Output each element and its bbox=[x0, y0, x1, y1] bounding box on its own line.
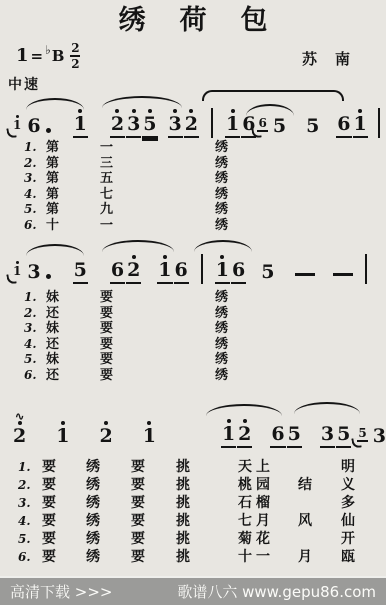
slur-arc bbox=[102, 96, 182, 108]
note: 5 bbox=[272, 117, 287, 138]
note: 2 bbox=[126, 255, 141, 284]
lyric-cell: 一 bbox=[100, 140, 215, 156]
note-digit: 1 bbox=[221, 425, 236, 448]
lyric-row: 1.要绣要挑天上明 bbox=[0, 458, 386, 476]
region-label: 苏南 bbox=[302, 48, 368, 69]
lyric-row: 3.第五绣 bbox=[0, 171, 386, 187]
note-stack: 6 bbox=[110, 261, 125, 284]
note-stack: 1 bbox=[221, 419, 236, 448]
lyric-cell: 绣 bbox=[215, 156, 386, 172]
note-stack: 1 bbox=[55, 421, 70, 448]
slur-arc bbox=[26, 98, 84, 110]
lyric-cell: 要 bbox=[42, 476, 86, 494]
lyric-cell: 第 bbox=[46, 187, 100, 203]
verse-number: 5. bbox=[18, 530, 42, 548]
note-stack: 5 bbox=[260, 263, 275, 284]
note: 5 bbox=[260, 263, 275, 284]
note-digit: 5 bbox=[357, 427, 367, 442]
lyric-cell: 绣 bbox=[215, 187, 386, 203]
note-stack: 3 bbox=[320, 425, 335, 448]
grace-note: 1 bbox=[12, 261, 22, 278]
lyric-cell: 仙 bbox=[341, 512, 386, 530]
note: 6 bbox=[26, 117, 50, 138]
note-digit: 1 bbox=[157, 261, 172, 284]
note: 1 bbox=[55, 421, 70, 448]
key-signature: 1 = ♭ B 2 2 bbox=[16, 42, 80, 70]
music-line-1: 161235321665561 bbox=[0, 88, 386, 138]
note: ∿2 bbox=[12, 412, 27, 448]
note-digit: 6 bbox=[270, 425, 285, 448]
sheet-music-page: 绣 荷 包 1 = ♭ B 2 2 苏南 中速 161235321665561 … bbox=[0, 0, 386, 605]
note: 6 bbox=[336, 115, 351, 138]
slur-arc bbox=[26, 244, 84, 256]
lyric-cell: 要 bbox=[100, 337, 215, 353]
verse-number: 5. bbox=[24, 202, 46, 218]
note-digit: 2 bbox=[126, 261, 141, 284]
lyric-cell: 要 bbox=[131, 530, 176, 548]
lyric-cell: 九 bbox=[100, 202, 215, 218]
equals-sign: = bbox=[31, 47, 44, 65]
lyric-cell: 风 bbox=[298, 512, 341, 530]
lyric-cell bbox=[298, 530, 341, 548]
lyric-row: 1.妹要绣 bbox=[0, 290, 386, 306]
note: 5 bbox=[305, 117, 320, 138]
note-stack: ∿2 bbox=[12, 412, 27, 448]
verse-number: 1. bbox=[24, 140, 46, 156]
note: 6 bbox=[231, 261, 246, 284]
note-digit: 2 bbox=[98, 427, 113, 448]
verse-number: 2. bbox=[24, 156, 46, 172]
note: 1 bbox=[73, 109, 88, 138]
lyric-cell: 五 bbox=[100, 171, 215, 187]
note-stack: 5 bbox=[73, 261, 88, 284]
music-line-3: ∿212112653553 bbox=[0, 398, 386, 448]
note-digit: 6 bbox=[257, 117, 267, 132]
verse-number: 3. bbox=[24, 321, 46, 337]
lyric-row: 5.妹要绣 bbox=[0, 352, 386, 368]
verse-number: 5. bbox=[24, 352, 46, 368]
note-digit: 1 bbox=[225, 115, 240, 138]
lyric-cell: 要 bbox=[100, 352, 215, 368]
lyric-cell: 绣 bbox=[215, 306, 386, 322]
note-digit: 2 bbox=[12, 427, 27, 448]
note-stack: 1 bbox=[12, 115, 22, 132]
note-digit: 1 bbox=[142, 427, 157, 448]
dash-note bbox=[333, 273, 353, 276]
lyric-cell: 要 bbox=[100, 368, 215, 384]
note-stack: 3 bbox=[372, 427, 386, 448]
lyric-cell: 要 bbox=[42, 512, 86, 530]
lyric-cell: 绣 bbox=[215, 140, 386, 156]
lyric-cell: 要 bbox=[100, 321, 215, 337]
lyric-cell: 多 bbox=[341, 494, 386, 512]
note-digit: 1 bbox=[353, 115, 368, 138]
note: 2 bbox=[237, 419, 252, 448]
note-stack: 2 bbox=[237, 419, 252, 448]
verse-number: 3. bbox=[24, 171, 46, 187]
lyric-cell: 还 bbox=[46, 337, 100, 353]
note-stack: 1 bbox=[12, 261, 22, 278]
grace-note: 6 bbox=[257, 117, 267, 132]
lyric-cell: 绣 bbox=[215, 337, 386, 353]
title-char: 包 bbox=[241, 6, 268, 36]
time-signature: 2 2 bbox=[70, 42, 80, 70]
note-stack: 5 bbox=[272, 117, 287, 138]
note-stack: 1 bbox=[353, 109, 368, 138]
lyric-row: 3.妹要绣 bbox=[0, 321, 386, 337]
note-digit: 1 bbox=[215, 261, 230, 284]
download-link[interactable]: 高清下载 >>> bbox=[10, 581, 112, 602]
note-digit: 6 bbox=[26, 117, 41, 138]
lyric-cell: 瓯 bbox=[341, 548, 386, 566]
lyric-row: 2.第三绣 bbox=[0, 156, 386, 172]
lyric-cell: 绣 bbox=[86, 458, 131, 476]
note-stack: 2 bbox=[98, 421, 113, 448]
grace-note: 1 bbox=[12, 115, 22, 132]
note-digit: 3 bbox=[320, 425, 335, 448]
lyric-row: 4.还要绣 bbox=[0, 337, 386, 353]
lyric-cell: 十一 bbox=[238, 548, 298, 566]
lyric-cell: 绣 bbox=[86, 548, 131, 566]
lyrics-block-3: 1.要绣要挑天上明2.要绣要挑桃园结义3.要绣要挑石榴多4.要绣要挑七月风仙5.… bbox=[0, 458, 386, 566]
note: 6 bbox=[174, 261, 189, 284]
lyric-cell: 还 bbox=[46, 306, 100, 322]
verse-number: 6. bbox=[18, 548, 42, 566]
lyric-cell: 妹 bbox=[46, 321, 100, 337]
note-stack: 6 bbox=[257, 117, 267, 132]
lyric-cell: 义 bbox=[341, 476, 386, 494]
note: 1 bbox=[215, 255, 230, 284]
lyric-row: 6.要绣要挑十一月瓯 bbox=[0, 548, 386, 566]
lyric-cell: 第 bbox=[46, 171, 100, 187]
note-stack: 5 bbox=[287, 425, 302, 448]
note-stack: 5 bbox=[142, 109, 157, 138]
title-char: 荷 bbox=[180, 6, 207, 36]
note-stack: 3 bbox=[168, 109, 183, 138]
footer-bar: 高清下载 >>> 歌谱八六 www.gepu86.com bbox=[0, 576, 386, 605]
lyric-row: 5.要绣要挑菊花开 bbox=[0, 530, 386, 548]
lyric-cell: 绣 bbox=[215, 321, 386, 337]
note-digit: 1 bbox=[55, 427, 70, 448]
note-stack: 1 bbox=[73, 109, 88, 138]
note: 6 bbox=[270, 425, 285, 448]
lyric-cell: 绣 bbox=[215, 171, 386, 187]
note-digit: 3 bbox=[26, 263, 41, 284]
note-stack: 5 bbox=[357, 427, 367, 442]
lyric-cell: 要 bbox=[42, 530, 86, 548]
note: 5 bbox=[142, 109, 157, 138]
lyric-cell: 挑 bbox=[176, 494, 238, 512]
lyric-cell: 绣 bbox=[86, 494, 131, 512]
note-stack: 1 bbox=[225, 109, 240, 138]
lyric-cell: 挑 bbox=[176, 512, 238, 530]
lyric-cell: 七月 bbox=[238, 512, 298, 530]
note-stack: 3 bbox=[126, 109, 141, 138]
note-digit: 2 bbox=[184, 115, 199, 138]
verse-number: 6. bbox=[24, 218, 46, 234]
verse-number: 4. bbox=[24, 187, 46, 203]
note: 2 bbox=[98, 421, 113, 448]
lyric-cell: 挑 bbox=[176, 530, 238, 548]
note: 3 bbox=[168, 109, 183, 138]
verse-number: 6. bbox=[24, 368, 46, 384]
note: 1 bbox=[221, 419, 236, 448]
lyric-cell: 妹 bbox=[46, 290, 100, 306]
title-char: 绣 bbox=[119, 6, 146, 36]
note-digit: 1 bbox=[12, 265, 22, 278]
note-stack: 1 bbox=[215, 255, 230, 284]
note-stack: 2 bbox=[184, 109, 199, 138]
lyric-cell: 要 bbox=[131, 476, 176, 494]
note-stack: 5 bbox=[305, 117, 320, 138]
note-digit: 3 bbox=[372, 427, 386, 448]
duration-dot bbox=[46, 128, 51, 133]
verse-number: 2. bbox=[18, 476, 42, 494]
lyric-cell: 绣 bbox=[215, 202, 386, 218]
note-stack: 6 bbox=[270, 425, 285, 448]
lyric-cell: 要 bbox=[100, 290, 215, 306]
note: 6 bbox=[110, 261, 125, 284]
lyric-cell: 绣 bbox=[215, 368, 386, 384]
note-digit: 6 bbox=[231, 261, 246, 284]
note: 3 bbox=[372, 427, 386, 448]
note: 1 bbox=[353, 109, 368, 138]
lyric-cell: 明 bbox=[341, 458, 386, 476]
lyric-row: 6.还要绣 bbox=[0, 368, 386, 384]
lyric-cell: 要 bbox=[42, 548, 86, 566]
lyric-cell: 挑 bbox=[176, 476, 238, 494]
note-stack: 6 bbox=[26, 117, 41, 138]
slur-arc bbox=[194, 240, 252, 252]
note-stack: 2 bbox=[110, 109, 125, 138]
note-stack: 1 bbox=[157, 255, 172, 284]
lyric-cell: 绣 bbox=[215, 290, 386, 306]
lyric-cell: 要 bbox=[131, 494, 176, 512]
note: 3 bbox=[320, 425, 335, 448]
time-top: 2 bbox=[71, 42, 79, 54]
lyric-cell: 要 bbox=[42, 494, 86, 512]
lyric-cell: 挑 bbox=[176, 458, 238, 476]
lyric-cell: 要 bbox=[131, 548, 176, 566]
note-digit: 6 bbox=[110, 261, 125, 284]
note-stack: 1 bbox=[142, 421, 157, 448]
lyric-cell: 绣 bbox=[215, 218, 386, 234]
note: 5 bbox=[73, 261, 88, 284]
note-stack: 6 bbox=[336, 115, 351, 138]
song-title: 绣 荷 包 bbox=[0, 6, 386, 36]
slur-arc bbox=[294, 402, 360, 414]
note-stack: 6 bbox=[231, 261, 246, 284]
lyric-cell: 一 bbox=[100, 218, 215, 234]
lyric-cell: 要 bbox=[42, 458, 86, 476]
lyric-cell: 菊花 bbox=[238, 530, 298, 548]
lyric-cell: 结 bbox=[298, 476, 341, 494]
note-digit: 5 bbox=[287, 425, 302, 448]
note-digit: 3 bbox=[126, 115, 141, 138]
note: 3 bbox=[26, 263, 50, 284]
lyric-row: 6.十一绣 bbox=[0, 218, 386, 234]
lyric-cell: 要 bbox=[100, 306, 215, 322]
lyric-cell: 第 bbox=[46, 140, 100, 156]
verse-number: 1. bbox=[24, 290, 46, 306]
lyric-cell: 开 bbox=[341, 530, 386, 548]
note-digit: 5 bbox=[260, 263, 275, 284]
lyric-cell: 第 bbox=[46, 202, 100, 218]
note-digit: 3 bbox=[168, 115, 183, 138]
key-letter: B bbox=[52, 47, 65, 65]
lyric-cell: 桃园 bbox=[238, 476, 298, 494]
lyric-cell: 挑 bbox=[176, 548, 238, 566]
slur-arc bbox=[202, 90, 344, 101]
mordent-icon: ∿ bbox=[15, 412, 24, 421]
lyric-cell: 还 bbox=[46, 368, 100, 384]
note: 1 bbox=[225, 109, 240, 138]
lyrics-block-1: 1.第一绣2.第三绣3.第五绣4.第七绣5.第九绣6.十一绣 bbox=[0, 140, 386, 233]
lyrics-block-2: 1.妹要绣2.还要绣3.妹要绣4.还要绣5.妹要绣6.还要绣 bbox=[0, 290, 386, 383]
verse-number: 4. bbox=[24, 337, 46, 353]
note: 2 bbox=[184, 109, 199, 138]
note-stack: 6 bbox=[174, 261, 189, 284]
note-stack: 2 bbox=[126, 255, 141, 284]
note-digit: 5 bbox=[305, 117, 320, 138]
barline bbox=[201, 254, 203, 284]
note: 5 bbox=[287, 425, 302, 448]
lyric-cell: 妹 bbox=[46, 352, 100, 368]
lyric-cell: 绣 bbox=[215, 352, 386, 368]
music-line-2: 1356216165 bbox=[0, 234, 386, 284]
slur-arc bbox=[102, 240, 174, 252]
note-stack: 5 bbox=[336, 425, 351, 448]
note-digit: 5 bbox=[73, 261, 88, 284]
lyric-cell: 三 bbox=[100, 156, 215, 172]
key-do: 1 bbox=[16, 45, 29, 66]
note-digit: 1 bbox=[73, 115, 88, 138]
note: 3 bbox=[126, 109, 141, 138]
note-digit: 6 bbox=[336, 115, 351, 138]
note-digit: 1 bbox=[12, 119, 22, 132]
note-stack: 3 bbox=[26, 263, 41, 284]
lyric-row: 5.第九绣 bbox=[0, 202, 386, 218]
slur-arc bbox=[246, 104, 294, 116]
lyric-row: 3.要绣要挑石榴多 bbox=[0, 494, 386, 512]
lyric-cell: 七 bbox=[100, 187, 215, 203]
note: 1 bbox=[157, 255, 172, 284]
lyric-cell bbox=[298, 494, 341, 512]
lyric-cell: 要 bbox=[131, 512, 176, 530]
lyric-cell: 十 bbox=[46, 218, 100, 234]
lyric-cell: 绣 bbox=[86, 512, 131, 530]
lyric-cell: 石榴 bbox=[238, 494, 298, 512]
note-digit: 5 bbox=[142, 115, 157, 138]
flat-sign: ♭ bbox=[45, 43, 51, 57]
note-digit: 6 bbox=[174, 261, 189, 284]
note: 5 bbox=[336, 425, 351, 448]
lyric-row: 2.还要绣 bbox=[0, 306, 386, 322]
note-digit: 2 bbox=[237, 425, 252, 448]
verse-number: 4. bbox=[18, 512, 42, 530]
time-bottom: 2 bbox=[71, 58, 79, 70]
note: 1 bbox=[142, 421, 157, 448]
verse-number: 1. bbox=[18, 458, 42, 476]
note-digit: 5 bbox=[336, 425, 351, 448]
note-digit: 2 bbox=[110, 115, 125, 138]
duration-dot bbox=[46, 274, 51, 279]
lyric-cell: 绣 bbox=[86, 476, 131, 494]
barline bbox=[211, 108, 213, 138]
lyric-cell: 绣 bbox=[86, 530, 131, 548]
verse-number: 3. bbox=[18, 494, 42, 512]
lyric-cell: 天上 bbox=[238, 458, 298, 476]
grace-note: 5 bbox=[357, 427, 367, 442]
note: 2 bbox=[110, 109, 125, 138]
lyric-cell bbox=[298, 458, 341, 476]
lyric-row: 4.第七绣 bbox=[0, 187, 386, 203]
verse-number: 2. bbox=[24, 306, 46, 322]
note-digit: 5 bbox=[272, 117, 287, 138]
barline bbox=[365, 254, 367, 284]
slur-arc bbox=[206, 404, 282, 416]
lyric-cell: 要 bbox=[131, 458, 176, 476]
lyric-cell: 第 bbox=[46, 156, 100, 172]
lyric-row: 2.要绣要挑桃园结义 bbox=[0, 476, 386, 494]
dash-note bbox=[295, 273, 315, 276]
lyric-row: 4.要绣要挑七月风仙 bbox=[0, 512, 386, 530]
lyric-row: 1.第一绣 bbox=[0, 140, 386, 156]
barline bbox=[378, 108, 380, 138]
site-link[interactable]: 歌谱八六 www.gepu86.com bbox=[177, 581, 376, 602]
lyric-cell: 月 bbox=[298, 548, 341, 566]
